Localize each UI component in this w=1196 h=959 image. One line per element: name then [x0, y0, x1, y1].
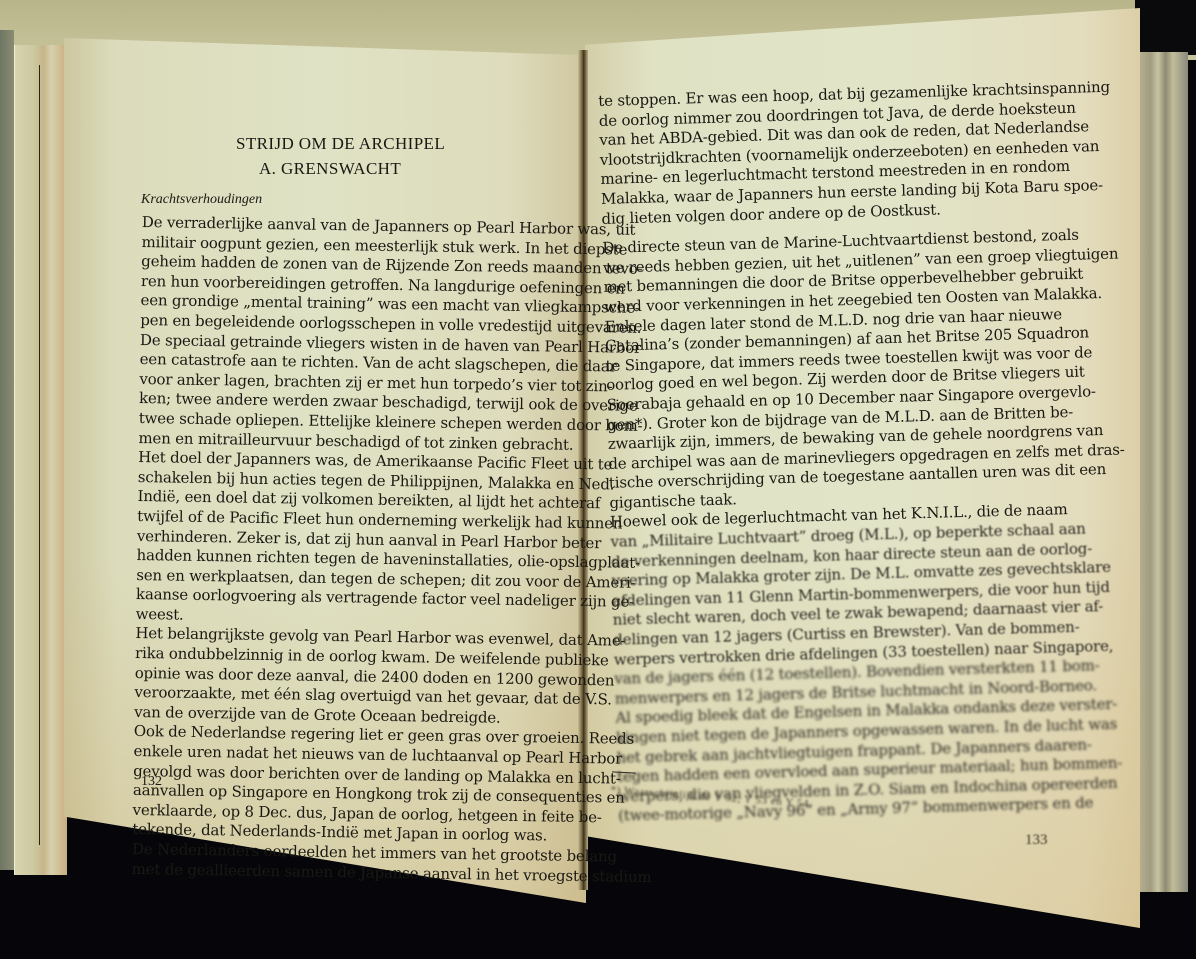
book-cover-left: [0, 30, 14, 870]
page-edges-right: [1138, 52, 1188, 892]
open-book-photo: STRIJD OM DE ARCHIPEL A. GRENSWACHT Krac…: [0, 0, 1196, 959]
background-shadow: [1135, 0, 1196, 55]
page-edges-left: [14, 45, 67, 875]
right-page-body: te stoppen. Er was een hoop, dat bij gez…: [598, 80, 1058, 827]
subheading: Krachtsverhoudingen: [141, 192, 262, 208]
page-number-left: 132: [141, 774, 162, 790]
page-number-right: 133: [1025, 832, 1048, 849]
section-title: A. GRENSWACHT: [259, 159, 401, 179]
chapter-title: STRIJD OM DE ARCHIPEL: [236, 134, 445, 154]
left-page-body: De verraderlijke aanval van de Japanners…: [132, 213, 537, 885]
